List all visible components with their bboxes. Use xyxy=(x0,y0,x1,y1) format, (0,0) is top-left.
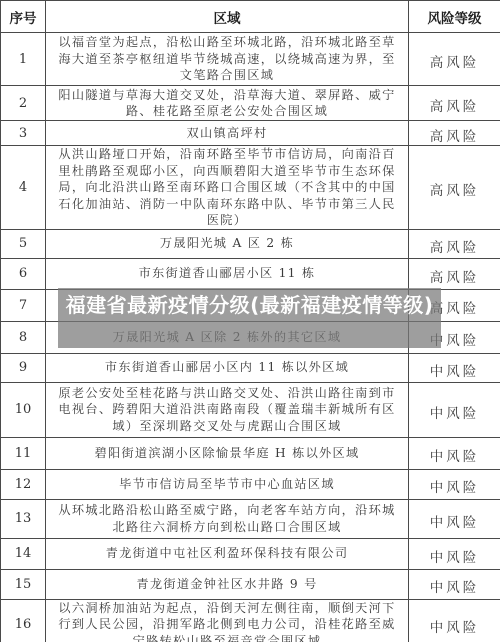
row-area: 毕节市信访局至毕节市中心血站区域 xyxy=(46,469,409,499)
table-row: 3 双山镇高坪村 高风险 xyxy=(1,121,500,146)
header-area: 区域 xyxy=(46,1,409,33)
row-area: 碧阳街道滨湖小区除愉景华庭 H 栋以外区域 xyxy=(46,437,409,469)
row-risk: 高风险 xyxy=(409,229,500,258)
row-risk: 中风险 xyxy=(409,538,500,569)
row-area: 万晟阳光城 A 区 2 栋 xyxy=(46,229,409,258)
row-index: 5 xyxy=(1,229,46,258)
row-risk: 中风险 xyxy=(409,599,500,642)
row-index: 11 xyxy=(1,437,46,469)
table-row: 12 毕节市信访局至毕节市中心血站区域 中风险 xyxy=(1,469,500,499)
table-row: 16 以六洞桥加油站为起点，沿倒天河左侧往南，顺倒天河下行到人民公园，沿拥军路北… xyxy=(1,599,500,642)
row-index: 2 xyxy=(1,86,46,121)
row-area: 原老公安处至桂花路与洪山路交叉处、沿洪山路往南到市电视台、跨碧阳大道沿洪南路南段… xyxy=(46,382,409,437)
row-area: 市东街道香山郦居小区内 11 栋以外区域 xyxy=(46,353,409,382)
row-area: 从洪山路垭口开始，沿南环路至毕节市信访局，向南沿百里杜鹃路至观邸小区，向西顺碧阳… xyxy=(46,146,409,230)
row-index: 12 xyxy=(1,469,46,499)
table-row: 14 青龙街道中屯社区利盈环保科技有限公司 中风险 xyxy=(1,538,500,569)
row-area: 双山镇高坪村 xyxy=(46,121,409,146)
row-area: 以福音堂为起点，沿松山路至环城北路，沿环城北路至草海大道至茶亭枢纽道毕节绕城高速… xyxy=(46,33,409,86)
row-index: 6 xyxy=(1,258,46,289)
table-header-row: 序号 区域 风险等级 xyxy=(1,1,500,33)
row-area: 从环城北路沿松山路至威宁路，向老客车站方向，沿环城北路往六洞桥方向到松山路口合围… xyxy=(46,499,409,538)
overlay-title: 福建省最新疫情分级(最新福建疫情等级) xyxy=(66,293,434,317)
table-row: 11 碧阳街道滨湖小区除愉景华庭 H 栋以外区域 中风险 xyxy=(1,437,500,469)
row-risk: 高风险 xyxy=(409,121,500,146)
table-row: 4 从洪山路垭口开始，沿南环路至毕节市信访局，向南沿百里杜鹃路至观邸小区，向西顺… xyxy=(1,146,500,230)
row-index: 16 xyxy=(1,599,46,642)
row-index: 3 xyxy=(1,121,46,146)
header-index: 序号 xyxy=(1,1,46,33)
row-area: 青龙街道中屯社区利盈环保科技有限公司 xyxy=(46,538,409,569)
table-row: 6 市东街道香山郦居小区 11 栋 高风险 xyxy=(1,258,500,289)
row-area: 以六洞桥加油站为起点，沿倒天河左侧往南，顺倒天河下行到人民公园，沿拥军路北侧到电… xyxy=(46,599,409,642)
row-index: 7 xyxy=(1,289,46,321)
table-row: 10 原老公安处至桂花路与洪山路交叉处、沿洪山路往南到市电视台、跨碧阳大道沿洪南… xyxy=(1,382,500,437)
row-index: 8 xyxy=(1,321,46,353)
row-area: 阳山隧道与草海大道交叉处，沿草海大道、翠屏路、威宁路、桂花路至原老公安处合围区域 xyxy=(46,86,409,121)
table-row: 13 从环城北路沿松山路至威宁路，向老客车站方向，沿环城北路往六洞桥方向到松山路… xyxy=(1,499,500,538)
table-row: 2 阳山隧道与草海大道交叉处，沿草海大道、翠屏路、威宁路、桂花路至原老公安处合围… xyxy=(1,86,500,121)
row-risk: 中风险 xyxy=(409,499,500,538)
table-row: 9 市东街道香山郦居小区内 11 栋以外区域 中风险 xyxy=(1,353,500,382)
row-risk: 中风险 xyxy=(409,353,500,382)
table-row: 15 青龙街道金钟社区水井路 9 号 中风险 xyxy=(1,569,500,599)
row-risk: 高风险 xyxy=(409,146,500,230)
table-row: 1 以福音堂为起点，沿松山路至环城北路，沿环城北路至草海大道至茶亭枢纽道毕节绕城… xyxy=(1,33,500,86)
row-risk: 高风险 xyxy=(409,86,500,121)
row-risk: 高风险 xyxy=(409,258,500,289)
row-risk: 高风险 xyxy=(409,33,500,86)
row-index: 4 xyxy=(1,146,46,230)
row-risk: 中风险 xyxy=(409,569,500,599)
row-index: 13 xyxy=(1,499,46,538)
row-risk: 中风险 xyxy=(409,469,500,499)
row-area: 市东街道香山郦居小区 11 栋 xyxy=(46,258,409,289)
row-index: 15 xyxy=(1,569,46,599)
row-index: 9 xyxy=(1,353,46,382)
row-area: 青龙街道金钟社区水井路 9 号 xyxy=(46,569,409,599)
row-risk: 中风险 xyxy=(409,437,500,469)
row-risk: 中风险 xyxy=(409,382,500,437)
row-index: 1 xyxy=(1,33,46,86)
row-index: 14 xyxy=(1,538,46,569)
row-index: 10 xyxy=(1,382,46,437)
title-overlay-banner: 福建省最新疫情分级(最新福建疫情等级) xyxy=(58,288,441,348)
table-row: 5 万晟阳光城 A 区 2 栋 高风险 xyxy=(1,229,500,258)
header-risk: 风险等级 xyxy=(409,1,500,33)
